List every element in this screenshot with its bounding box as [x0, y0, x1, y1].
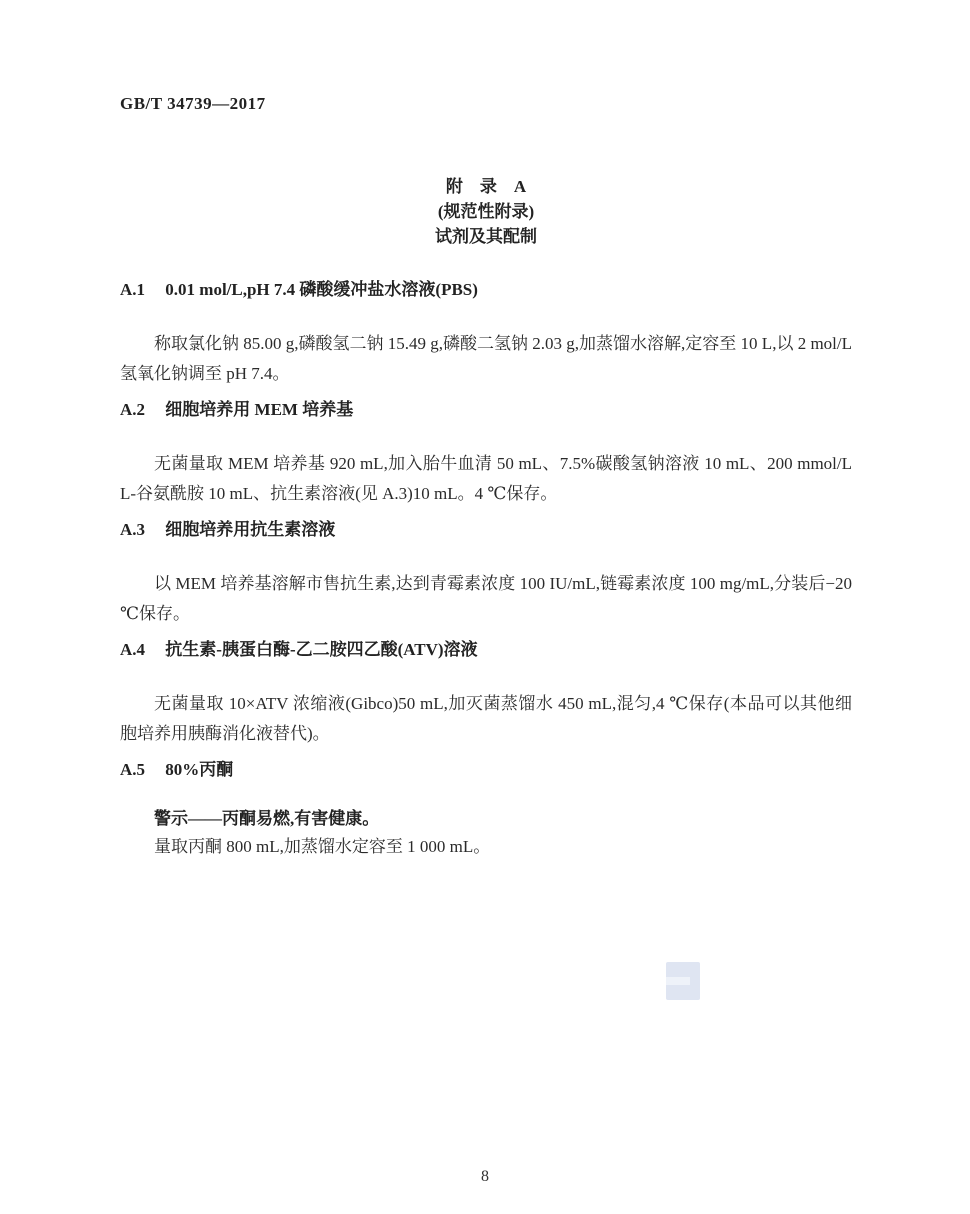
section-a5-title: 80%丙酮 [165, 760, 233, 779]
section-a3-heading: A.3 细胞培养用抗生素溶液 [120, 519, 852, 541]
section-a4: A.4 抗生素-胰蛋白酶-乙二胺四乙酸(ATV)溶液 无菌量取 10×ATV 浓… [120, 639, 852, 749]
section-a5: A.5 80%丙酮 警示——丙酮易燃,有害健康。 量取丙酮 800 mL,加蒸馏… [120, 759, 852, 861]
page-number: 8 [0, 1168, 970, 1186]
section-a4-heading: A.4 抗生素-胰蛋白酶-乙二胺四乙酸(ATV)溶液 [120, 639, 852, 661]
section-a1-paragraph: 称取氯化钠 85.00 g,磷酸氢二钠 15.49 g,磷酸二氢钠 2.03 g… [120, 329, 852, 389]
appendix-title-line2: (规范性附录) [120, 199, 852, 224]
section-a1-heading: A.1 0.01 mol/L,pH 7.4 磷酸缓冲盐水溶液(PBS) [120, 279, 852, 301]
section-a1-title: 0.01 mol/L,pH 7.4 磷酸缓冲盐水溶液(PBS) [165, 280, 478, 299]
section-a3-paragraph: 以 MEM 培养基溶解市售抗生素,达到青霉素浓度 100 IU/mL,链霉素浓度… [120, 569, 852, 629]
section-a5-warning: 警示——丙酮易燃,有害健康。 [120, 805, 852, 833]
scan-artifact-watermark [666, 962, 700, 1000]
appendix-title-line3: 试剂及其配制 [120, 224, 852, 249]
section-a1-number: A.1 [120, 279, 145, 301]
section-a3: A.3 细胞培养用抗生素溶液 以 MEM 培养基溶解市售抗生素,达到青霉素浓度 … [120, 519, 852, 629]
section-a2-number: A.2 [120, 399, 145, 421]
section-a2-heading: A.2 细胞培养用 MEM 培养基 [120, 399, 852, 421]
appendix-title-line1: 附 录 A [120, 174, 852, 199]
section-a3-title: 细胞培养用抗生素溶液 [165, 520, 335, 539]
section-a5-heading: A.5 80%丙酮 [120, 759, 852, 781]
section-a4-title: 抗生素-胰蛋白酶-乙二胺四乙酸(ATV)溶液 [165, 640, 477, 659]
standard-number: GB/T 34739—2017 [120, 94, 852, 114]
section-a2: A.2 细胞培养用 MEM 培养基 无菌量取 MEM 培养基 920 mL,加入… [120, 399, 852, 509]
section-a3-number: A.3 [120, 519, 145, 541]
section-a4-number: A.4 [120, 639, 145, 661]
document-page: GB/T 34739—2017 附 录 A (规范性附录) 试剂及其配制 A.1… [0, 0, 970, 1214]
section-a5-paragraph: 量取丙酮 800 mL,加蒸馏水定容至 1 000 mL。 [120, 833, 852, 861]
section-a1: A.1 0.01 mol/L,pH 7.4 磷酸缓冲盐水溶液(PBS) 称取氯化… [120, 279, 852, 389]
section-a4-paragraph: 无菌量取 10×ATV 浓缩液(Gibco)50 mL,加灭菌蒸馏水 450 m… [120, 689, 852, 749]
section-a2-paragraph: 无菌量取 MEM 培养基 920 mL,加入胎牛血清 50 mL、7.5%碳酸氢… [120, 449, 852, 509]
section-a5-number: A.5 [120, 759, 145, 781]
section-a2-title: 细胞培养用 MEM 培养基 [165, 400, 353, 419]
appendix-title-block: 附 录 A (规范性附录) 试剂及其配制 [120, 174, 852, 249]
